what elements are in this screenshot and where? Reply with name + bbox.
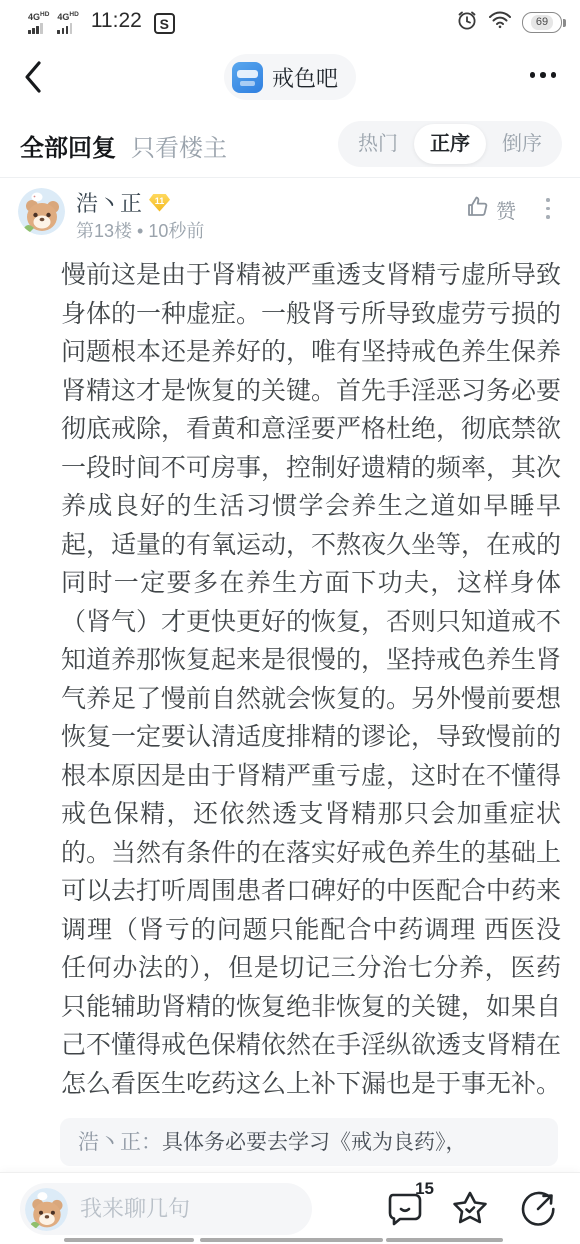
signal-strength-icon-2: 4GHD — [57, 10, 78, 34]
author-avatar[interactable] — [18, 188, 65, 235]
more-options-button[interactable] — [530, 66, 557, 84]
share-compose-icon[interactable] — [516, 1187, 560, 1231]
sort-option-hot[interactable]: 热门 — [342, 124, 414, 164]
battery-icon: 69 — [522, 12, 562, 33]
like-label: 赞 — [496, 195, 516, 224]
favorite-star-icon[interactable] — [448, 1187, 492, 1231]
post-header: 浩丶正 11 第13楼 • 10秒前 赞 — [0, 182, 580, 248]
comment-count-badge: 15 — [415, 1179, 434, 1199]
tab-op-only[interactable]: 只看楼主 — [131, 128, 227, 163]
status-bar: 4GHD 4GHD 11:22 S — [0, 0, 580, 44]
reply-input[interactable] — [80, 1196, 270, 1222]
level-badge-icon: 11 — [149, 194, 170, 212]
bottom-action-bar: 15 — [0, 1172, 580, 1244]
sort-option-forward[interactable]: 正序 — [414, 124, 486, 164]
quote-text: 具体务必要去学习《戒为良药》， — [162, 1131, 467, 1154]
status-time: 11:22 — [91, 8, 142, 34]
floor-and-time: 第13楼 • 10秒前 — [76, 217, 204, 243]
forum-title-pill[interactable]: 戒色吧 — [224, 54, 356, 100]
loading-placeholder-bars — [0, 1238, 580, 1242]
sort-segmented-control: 热门 正序 倒序 — [338, 121, 562, 167]
post-content-text: 慢前这是由于肾精被严重透支肾精亏虚所导致身体的一种虚症。一般肾亏所导致虚劳亏损的… — [61, 256, 561, 1103]
alarm-clock-icon — [456, 9, 478, 36]
my-avatar — [25, 1188, 68, 1231]
keyboard-app-icon: S — [154, 13, 175, 34]
signal-strength-icon-1: 4GHD — [28, 10, 49, 34]
forum-avatar-icon — [232, 62, 263, 93]
quote-author: 浩丶正： — [78, 1131, 162, 1154]
sort-option-reverse[interactable]: 倒序 — [486, 124, 558, 164]
post-more-menu-icon[interactable] — [542, 194, 554, 223]
reply-filter-bar: 全部回复 只看楼主 热门 正序 倒序 — [0, 110, 580, 178]
forum-name: 戒色吧 — [272, 62, 338, 93]
nav-bar: 戒色吧 — [0, 44, 580, 110]
like-button[interactable]: 赞 — [465, 194, 516, 224]
author-name[interactable]: 浩丶正 — [76, 187, 142, 218]
thumbs-up-icon — [465, 194, 490, 224]
app-screen: 4GHD 4GHD 11:22 S — [0, 0, 580, 1244]
battery-percent: 69 — [531, 15, 553, 30]
tab-all-replies[interactable]: 全部回复 — [20, 128, 116, 163]
back-button[interactable] — [22, 58, 56, 96]
reply-input-pill[interactable] — [20, 1183, 312, 1235]
wifi-icon — [488, 10, 512, 35]
quoted-reply[interactable]: 浩丶正：具体务必要去学习《戒为良药》， — [60, 1118, 558, 1166]
